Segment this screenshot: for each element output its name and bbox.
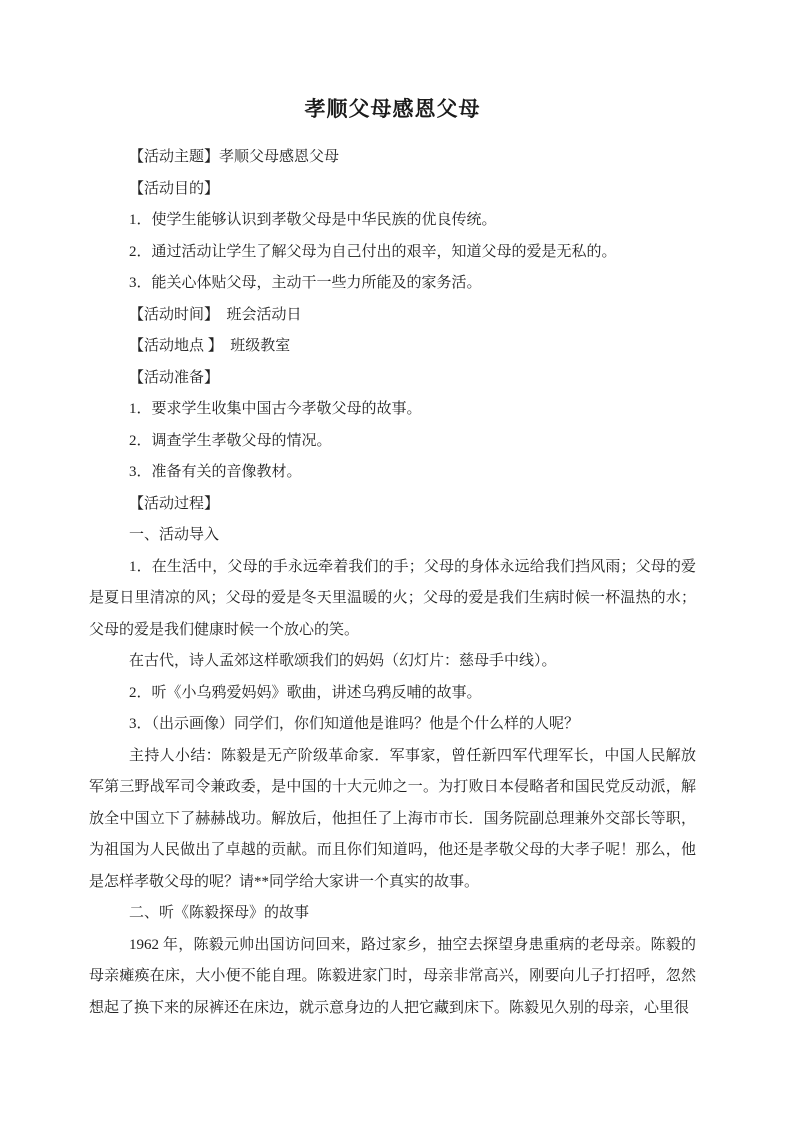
list-item-goal-1: 1．使学生能够认识到孝敬父母是中华民族的优良传统。 <box>89 205 696 237</box>
paragraph-activity-theme: 【活动主题】孝顺父母感恩父母 <box>89 142 696 174</box>
section-heading-activity-intro: 一、活动导入 <box>89 520 696 552</box>
paragraph-intro-1: 1．在生活中，父母的手永远牵着我们的手；父母的身体永远给我们挡风雨；父母的爱是夏… <box>89 552 696 647</box>
paragraph-activity-process-heading: 【活动过程】 <box>89 489 696 521</box>
paragraph-intro-ancient-poet: 在古代，诗人孟郊这样歌颂我们的妈妈（幻灯片：慈母手中线）。 <box>89 646 696 678</box>
list-item-goal-3: 3．能关心体贴父母，主动干一些力所能及的家务活。 <box>89 268 696 300</box>
paragraph-intro-2-song: 2．听《小乌鸦爱妈妈》歌曲，讲述乌鸦反哺的故事。 <box>89 678 696 710</box>
paragraph-activity-location: 【活动地点 】 班级教室 <box>89 331 696 363</box>
paragraph-host-summary: 主持人小结：陈毅是无产阶级革命家．军事家，曾任新四军代理军长，中国人民解放军第三… <box>89 741 696 899</box>
document-body: 【活动主题】孝顺父母感恩父母 【活动目的】 1．使学生能够认识到孝敬父母是中华民… <box>89 142 696 1024</box>
paragraph-activity-time: 【活动时间】 班会活动日 <box>89 300 696 332</box>
section-heading-chenyi-story: 二、听《陈毅探母》的故事 <box>89 898 696 930</box>
document-title: 孝顺父母感恩父母 <box>89 94 696 124</box>
paragraph-activity-preparation-heading: 【活动准备】 <box>89 363 696 395</box>
list-item-preparation-3: 3．准备有关的音像教材。 <box>89 457 696 489</box>
paragraph-activity-goals-heading: 【活动目的】 <box>89 174 696 206</box>
list-item-preparation-2: 2．调查学生孝敬父母的情况。 <box>89 426 696 458</box>
document-page: 孝顺父母感恩父母 【活动主题】孝顺父母感恩父母 【活动目的】 1．使学生能够认识… <box>0 0 793 1122</box>
paragraph-chenyi-story: 1962 年，陈毅元帅出国访问回来，路过家乡，抽空去探望身患重病的老母亲。陈毅的… <box>89 930 696 1025</box>
list-item-goal-2: 2．通过活动让学生了解父母为自己付出的艰辛，知道父母的爱是无私的。 <box>89 237 696 269</box>
list-item-preparation-1: 1．要求学生收集中国古今孝敬父母的故事。 <box>89 394 696 426</box>
paragraph-intro-3-portrait: 3．（出示画像）同学们，你们知道他是谁吗？他是个什么样的人呢？ <box>89 709 696 741</box>
